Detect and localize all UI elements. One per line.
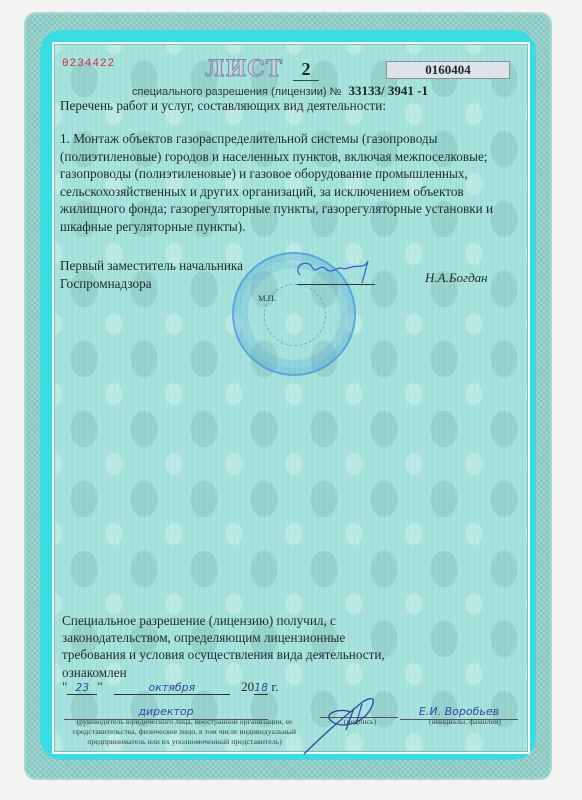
sheet-number: 2 xyxy=(293,59,319,81)
acknowledgement-text: Специальное разрешение (лицензию) получи… xyxy=(62,612,402,681)
works-heading: Перечень работ и услуг, составляющих вид… xyxy=(60,97,386,115)
official-signature xyxy=(290,255,378,285)
works-item: 1. Монтаж объектов газораспределительной… xyxy=(60,130,525,236)
serial-number: 0234422 xyxy=(62,58,115,70)
signature-caption: (подпись) xyxy=(332,717,388,727)
date-year-suffix: 18 xyxy=(254,681,268,695)
sheet-title: ЛИСТ xyxy=(205,56,283,82)
acknowledgement-date: "23" октября 2018 г. xyxy=(62,679,279,695)
registration-number: 0160404 xyxy=(386,61,510,79)
date-day: 23 xyxy=(67,681,97,695)
signatory-position: Первый заместитель начальника Госпромнад… xyxy=(60,257,260,292)
license-number: 33133/ 3941 -1 xyxy=(349,83,428,98)
recipient-position-caption: (руководитель юридического лица, иностра… xyxy=(62,717,307,747)
signatory-name: Н.А.Богдан xyxy=(425,270,488,286)
name-caption: (инициалы, фамилия) xyxy=(420,717,510,727)
date-month: октября xyxy=(114,681,230,695)
stamp-place-label: М.П. xyxy=(258,293,276,303)
date-year-prefix: 20 xyxy=(241,679,254,694)
date-year-unit: г. xyxy=(271,679,278,694)
official-signature-line xyxy=(297,284,375,285)
